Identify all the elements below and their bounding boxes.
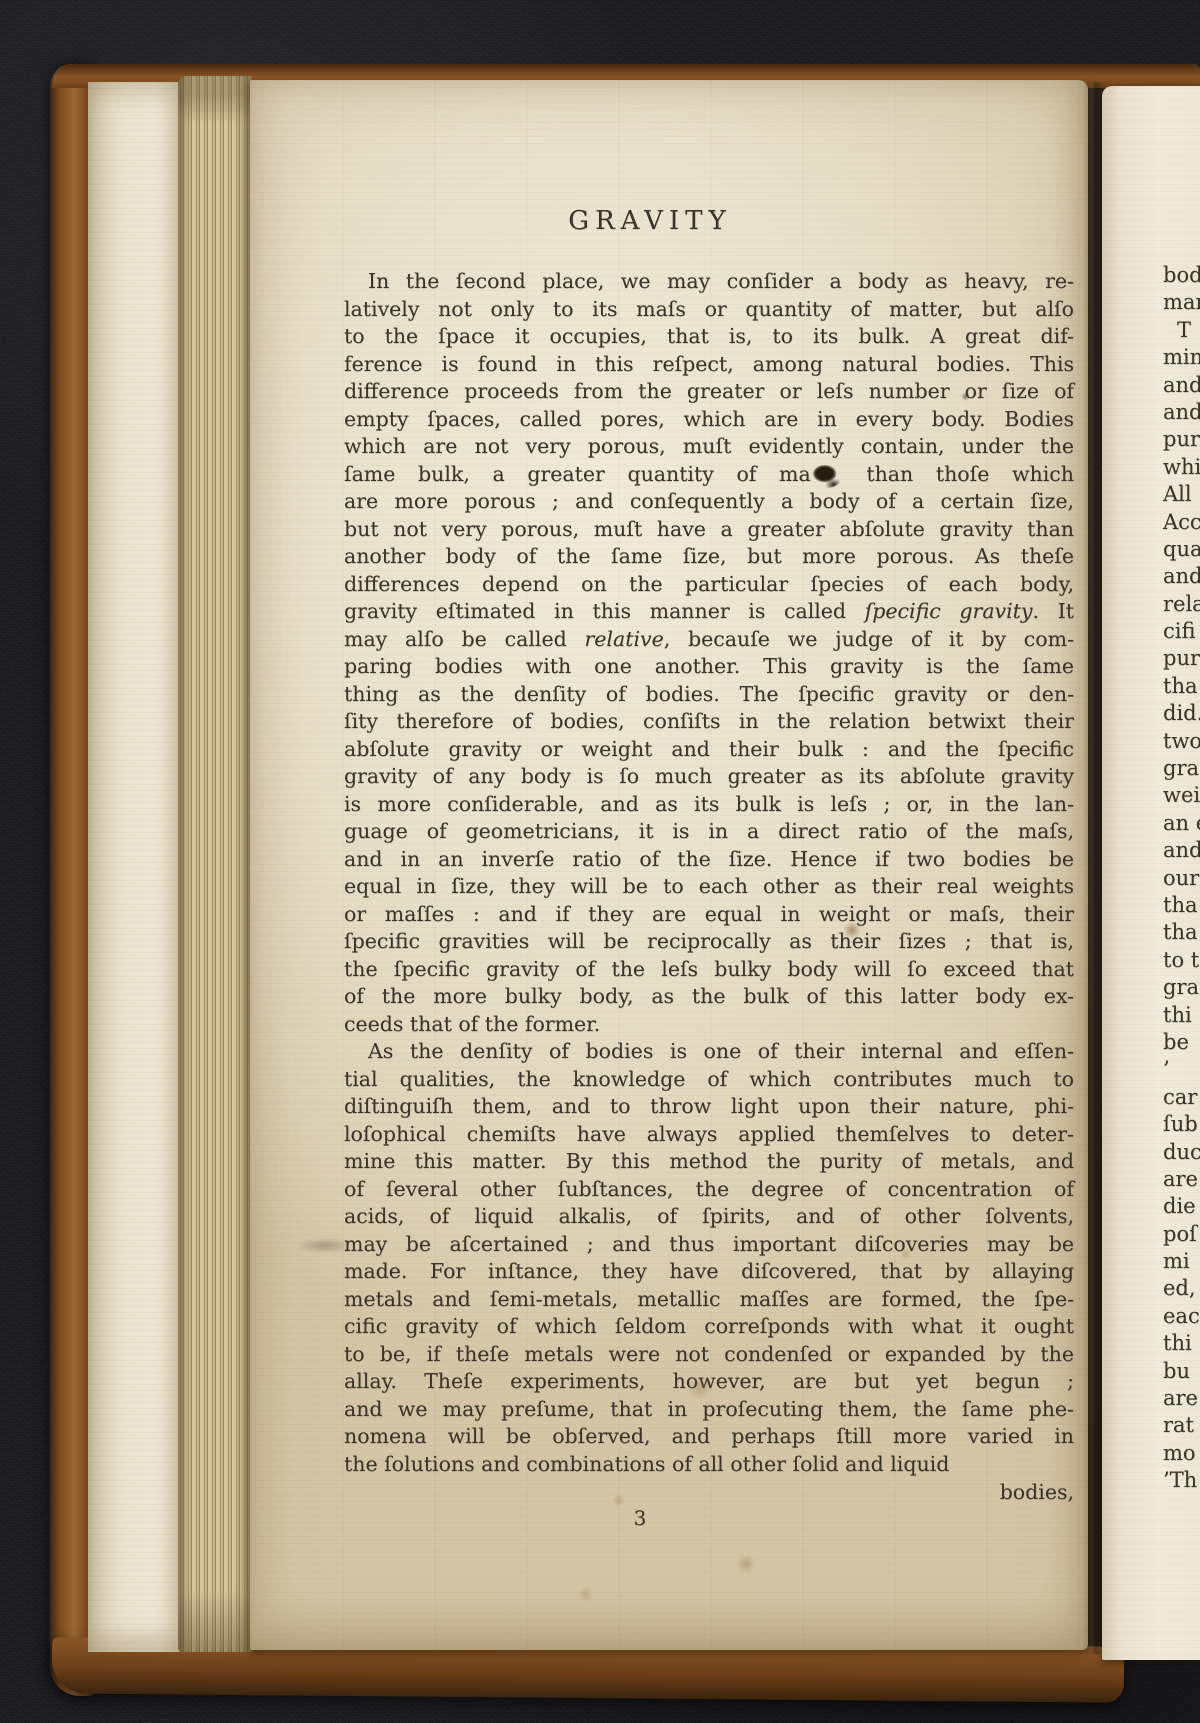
text-segment: made. For inſtance, they have diſcovered… xyxy=(344,1259,1074,1283)
text-line: of the more bulky body, as the bulk of t… xyxy=(344,983,1074,1011)
text-line-fragment: poſ xyxy=(1163,1221,1200,1248)
text-line-fragment: All xyxy=(1163,481,1200,508)
text-segment: the ſolutions and combinations of all ot… xyxy=(344,1452,949,1476)
text-line-fragment: did. xyxy=(1163,700,1200,727)
text-segment: paring bodies with one another. This gra… xyxy=(344,654,1074,678)
text-segment: latively not only to its maſs or quantit… xyxy=(344,297,1074,321)
text-line-fragment: ſub xyxy=(1163,1111,1200,1138)
text-line-fragment: gra xyxy=(1163,974,1200,1001)
foxing-spot xyxy=(961,392,970,401)
foxing-spot xyxy=(900,1248,912,1260)
text-segment: equal in ſize, they will be to each othe… xyxy=(344,874,1074,898)
text-segment: loſophical chemiſts have always applied … xyxy=(344,1122,1074,1146)
text-line-fragment: our xyxy=(1163,865,1200,892)
text-line: tial qualities, the knowledge of which c… xyxy=(344,1066,1074,1094)
text-line: is more conſiderable, and as its bulk is… xyxy=(344,791,1074,819)
text-segment: ſity therefore of bodies, conſiſts in th… xyxy=(344,709,1074,733)
text-segment: but not very porous, muſt have a greater… xyxy=(344,517,1074,541)
text-line-fragment: cifi xyxy=(1163,618,1200,645)
book-page-left: GRAVITY In the ſecond place, we may conſ… xyxy=(250,80,1088,1650)
text-segment: ceeds that of the former. xyxy=(344,1012,600,1036)
text-segment: ference is found in this reſpect, among … xyxy=(344,352,1074,376)
text-segment: gravity of any body is ſo much greater a… xyxy=(344,764,1074,788)
partial-text-column: bodimanTminandandpurewhiAllAccquaandrela… xyxy=(1163,262,1200,1495)
text-line-fragment: eac xyxy=(1163,1303,1200,1330)
text-line: As the denſity of bodies is one of their… xyxy=(344,1038,1074,1066)
text-segment: to the ſpace it occupies, that is, to it… xyxy=(344,324,1074,348)
text-segment: ſpecific gravities will be reciprocally … xyxy=(344,929,1074,953)
text-line: acids, of liquid alkalis, of ſpirits, an… xyxy=(344,1203,1074,1231)
text-line-fragment: bu xyxy=(1163,1358,1200,1385)
text-line: and we may preſume, that in proſecuting … xyxy=(344,1396,1074,1424)
text-segment: tial qualities, the knowledge of which c… xyxy=(344,1067,1074,1091)
text-line: to the ſpace it occupies, that is, to it… xyxy=(344,323,1074,351)
text-line-fragment: are xyxy=(1163,1166,1200,1193)
text-line-fragment: duc xyxy=(1163,1139,1200,1166)
text-line-fragment: ’Th xyxy=(1163,1467,1200,1494)
text-line: ſame bulk, a greater quantity of ma than… xyxy=(344,461,1074,489)
text-line: which are not very porous, muſt evidentl… xyxy=(344,433,1074,461)
text-line: metals and ſemi-metals, metallic maſſes … xyxy=(344,1286,1074,1314)
italic-text: ſpecific gravity xyxy=(865,599,1033,623)
text-line: gravity of any body is ſo much greater a… xyxy=(344,763,1074,791)
text-line-fragment: wei xyxy=(1163,782,1200,809)
text-segment: another body of the ſame ſize, but more … xyxy=(344,544,1074,568)
foxing-spot xyxy=(687,1375,713,1401)
foxing-spot xyxy=(578,1586,594,1602)
text-segment: thing as the denſity of bodies. The ſpec… xyxy=(344,682,1074,706)
text-line: ſpecific gravities will be reciprocally … xyxy=(344,928,1074,956)
text-line: of ſeveral other ſubſtances, the degree … xyxy=(344,1176,1074,1204)
text-line-fragment: man xyxy=(1163,289,1200,316)
text-line: guage of geometricians, it is in a direc… xyxy=(344,818,1074,846)
text-segment: is more conſiderable, and as its bulk is… xyxy=(344,792,1074,816)
text-segment: than thoſe which xyxy=(844,462,1074,486)
text-segment: . It xyxy=(1033,599,1075,623)
text-segment: and in an inverſe ratio of the ſize. Hen… xyxy=(344,847,1074,871)
text-line: the ſpecific gravity of the leſs bulky b… xyxy=(344,956,1074,984)
text-line: abſolute gravity or weight and their bul… xyxy=(344,736,1074,764)
text-segment: may be aſcertained ; and thus important … xyxy=(344,1232,1074,1256)
text-line-fragment: gra xyxy=(1163,755,1200,782)
text-line: thing as the denſity of bodies. The ſpec… xyxy=(344,681,1074,709)
text-line-fragment: tha xyxy=(1163,919,1200,946)
foxing-spot xyxy=(612,1494,625,1507)
text-line: or maſſes : and if they are equal in wei… xyxy=(344,901,1074,929)
page-heading: GRAVITY xyxy=(455,206,845,242)
text-line-fragment: qua xyxy=(1163,536,1200,563)
gutter-shadow xyxy=(1082,82,1104,1654)
book-page-right-sliver: bodimanTminandandpurewhiAllAccquaandrela… xyxy=(1102,86,1200,1660)
endpaper-blank-page xyxy=(88,82,180,1652)
fore-edge-page-stack xyxy=(178,76,252,1652)
text-line: made. For inſtance, they have diſcovered… xyxy=(344,1258,1074,1286)
text-line-fragment: tha xyxy=(1163,892,1200,919)
text-line: but not very porous, muſt have a greater… xyxy=(344,516,1074,544)
body-text: In the ſecond place, we may conſider a b… xyxy=(344,268,1074,1478)
text-segment: ſame bulk, a greater quantity of ma xyxy=(344,462,811,486)
text-line-fragment: rat xyxy=(1163,1412,1200,1439)
text-line: equal in ſize, they will be to each othe… xyxy=(344,873,1074,901)
text-line-fragment: and xyxy=(1163,399,1200,426)
text-segment: which are not very porous, muſt evidentl… xyxy=(344,434,1074,458)
text-line-fragment: ed, xyxy=(1163,1275,1200,1302)
text-line-fragment: whi xyxy=(1163,454,1200,481)
text-segment: empty ſpaces, called pores, which are in… xyxy=(344,407,1074,431)
text-segment: nomena will be obſerved, and perhaps ſti… xyxy=(344,1424,1074,1448)
page-number: 3 xyxy=(344,1504,936,1532)
foxing-spot xyxy=(736,1554,756,1574)
text-line: the ſolutions and combinations of all ot… xyxy=(344,1451,1074,1479)
text-line: gravity eſtimated in this manner is call… xyxy=(344,598,1074,626)
text-line-fragment: ’ xyxy=(1163,1056,1200,1083)
text-line-fragment: pure xyxy=(1163,426,1200,453)
text-line-fragment: rela xyxy=(1163,591,1200,618)
text-line-fragment: T xyxy=(1163,317,1200,344)
text-line-fragment: thi xyxy=(1163,1002,1200,1029)
text-line: In the ſecond place, we may conſider a b… xyxy=(344,268,1074,296)
text-line: differences depend on the particular ſpe… xyxy=(344,571,1074,599)
italic-text: relative xyxy=(585,627,664,651)
text-segment: acids, of liquid alkalis, of ſpirits, an… xyxy=(344,1204,1074,1228)
text-line: diſtinguiſh them, and to throw light upo… xyxy=(344,1093,1074,1121)
text-line: to be, if theſe metals were not condenſe… xyxy=(344,1341,1074,1369)
text-line: ceeds that of the former. xyxy=(344,1011,1074,1039)
text-line-fragment: car xyxy=(1163,1084,1200,1111)
margin-smudge xyxy=(296,1238,354,1253)
photograph-background-cloth: { "book": { "left_page": { "heading": "G… xyxy=(0,0,1200,1723)
text-line: another body of the ſame ſize, but more … xyxy=(344,543,1074,571)
text-line-fragment: min xyxy=(1163,344,1200,371)
text-segment: mine this matter. By this method the pur… xyxy=(344,1149,1074,1173)
text-segment: of ſeveral other ſubſtances, the degree … xyxy=(344,1177,1074,1201)
text-line: loſophical chemiſts have always applied … xyxy=(344,1121,1074,1149)
ink-blot xyxy=(812,464,842,488)
text-line: nomena will be obſerved, and perhaps ſti… xyxy=(344,1423,1074,1451)
text-line-fragment: an e xyxy=(1163,810,1200,837)
text-line: paring bodies with one another. This gra… xyxy=(344,653,1074,681)
text-line-fragment: Acc xyxy=(1163,509,1200,536)
text-line-fragment: die xyxy=(1163,1193,1200,1220)
text-segment: differences depend on the particular ſpe… xyxy=(344,572,1074,596)
text-segment: are more porous ; and conſequently a bod… xyxy=(344,489,1074,513)
text-line: are more porous ; and conſequently a bod… xyxy=(344,488,1074,516)
text-segment: may alſo be called xyxy=(344,627,585,651)
text-line-fragment: mo xyxy=(1163,1440,1200,1467)
text-segment: of the more bulky body, as the bulk of t… xyxy=(344,984,1074,1008)
text-segment: cific gravity of which ſeldom correſpond… xyxy=(344,1314,1074,1338)
text-line: ſity therefore of bodies, conſiſts in th… xyxy=(344,708,1074,736)
foxing-spot xyxy=(843,921,861,939)
text-segment: guage of geometricians, it is in a direc… xyxy=(344,819,1074,843)
text-line: cific gravity of which ſeldom correſpond… xyxy=(344,1313,1074,1341)
text-segment: and we may preſume, that in proſecuting … xyxy=(344,1397,1074,1421)
text-segment: abſolute gravity or weight and their bul… xyxy=(344,737,1074,761)
text-line-fragment: mi xyxy=(1163,1248,1200,1275)
text-line-fragment: and xyxy=(1163,837,1200,864)
text-line-fragment: bodi xyxy=(1163,262,1200,289)
text-line-fragment: to t xyxy=(1163,947,1200,974)
text-line-fragment: pur xyxy=(1163,645,1200,672)
text-segment: diſtinguiſh them, and to throw light upo… xyxy=(344,1094,1074,1118)
text-line-fragment: tha xyxy=(1163,673,1200,700)
text-line: may alſo be called relative, becauſe we … xyxy=(344,626,1074,654)
text-line: latively not only to its maſs or quantit… xyxy=(344,296,1074,324)
catchword: bodies, xyxy=(344,1478,1074,1506)
text-line-fragment: and xyxy=(1163,372,1200,399)
text-line: empty ſpaces, called pores, which are in… xyxy=(344,406,1074,434)
text-segment: the ſpecific gravity of the leſs bulky b… xyxy=(344,957,1074,981)
text-segment: or maſſes : and if they are equal in wei… xyxy=(344,902,1074,926)
text-line: and in an inverſe ratio of the ſize. Hen… xyxy=(344,846,1074,874)
text-line-fragment: be xyxy=(1163,1029,1200,1056)
text-line-fragment: and xyxy=(1163,563,1200,590)
text-line-fragment: two xyxy=(1163,728,1200,755)
text-segment: metals and ſemi-metals, metallic maſſes … xyxy=(344,1287,1074,1311)
text-line: may be aſcertained ; and thus important … xyxy=(344,1231,1074,1259)
text-segment: In the ſecond place, we may conſider a b… xyxy=(368,269,1074,293)
text-segment: As the denſity of bodies is one of their… xyxy=(368,1039,1074,1063)
text-line-fragment: are xyxy=(1163,1385,1200,1412)
text-segment: gravity eſtimated in this manner is call… xyxy=(344,599,865,623)
text-segment: to be, if theſe metals were not condenſe… xyxy=(344,1342,1074,1366)
text-line: mine this matter. By this method the pur… xyxy=(344,1148,1074,1176)
text-line: ference is found in this reſpect, among … xyxy=(344,351,1074,379)
text-line-fragment: thi xyxy=(1163,1330,1200,1357)
text-segment: , becauſe we judge of it by com- xyxy=(664,627,1074,651)
